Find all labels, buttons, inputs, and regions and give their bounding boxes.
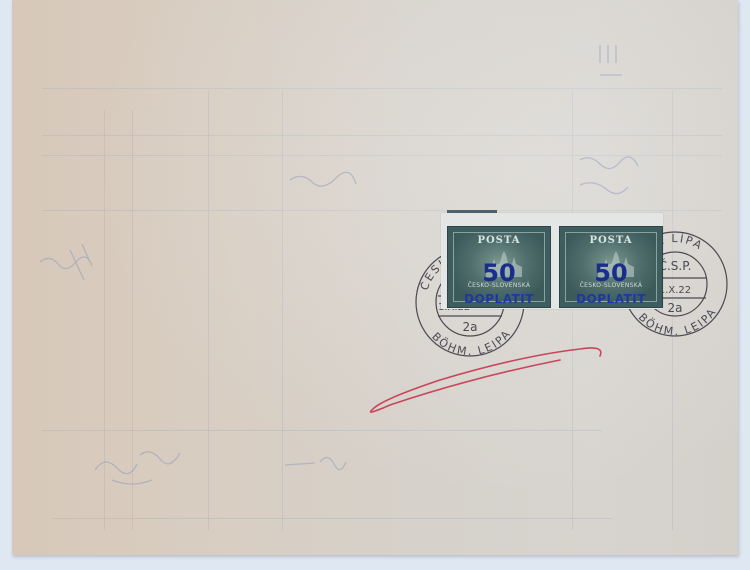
stamp-frame: POSTA 50 ČESKO-SLOVENSKÁ DOPLATIT [565, 232, 657, 302]
stamp-header: POSTA [566, 235, 656, 246]
red-ink-curve [370, 348, 600, 412]
stamp-overprint: DOPLATIT [454, 292, 544, 306]
stamp-left: POSTA 50 ČESKO-SLOVENSKÁ DOPLATIT [447, 226, 551, 308]
stamp-header: POSTA [454, 235, 544, 246]
postmark-right-date: 1.X.22 [659, 285, 691, 296]
postmark-right-code: 2a [668, 301, 683, 315]
postmark-left-code: 2a [463, 320, 478, 334]
stamp-right: POSTA 50 ČESKO-SLOVENSKÁ DOPLATIT [559, 226, 663, 308]
stamp-frame: POSTA 50 ČESKO-SLOVENSKÁ DOPLATIT [453, 232, 545, 302]
stamp-overprint: DOPLATIT [566, 292, 656, 306]
postmark-right-line2: Č.S.P. [659, 258, 692, 273]
stamp-country: ČESKO-SLOVENSKÁ [454, 282, 544, 289]
stamp-country: ČESKO-SLOVENSKÁ [566, 282, 656, 289]
